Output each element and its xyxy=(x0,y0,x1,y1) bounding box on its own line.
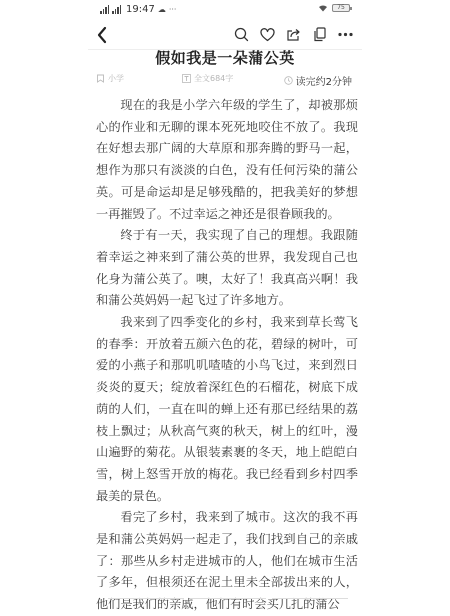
more-button[interactable] xyxy=(337,26,354,43)
wifi-icon xyxy=(318,4,328,12)
share-button[interactable] xyxy=(285,26,302,43)
status-time: 19:47 xyxy=(126,4,155,15)
meta-word-count: 全文684字 xyxy=(182,73,233,84)
search-icon xyxy=(234,27,249,42)
signal-icon xyxy=(100,5,109,14)
back-button[interactable] xyxy=(94,25,112,45)
word-count-label: 全文684字 xyxy=(194,73,233,84)
status-bar: 19:47 ☁ ··· 75 xyxy=(88,4,362,18)
signal-icon xyxy=(112,5,121,14)
category-label: 小学 xyxy=(108,73,124,84)
article-body: 现在的我是小学六年级的学生了，却被那烦心的作业和无聊的课本死死地咬住不放了。我现… xyxy=(96,95,358,600)
meta-category[interactable]: 小学 xyxy=(96,73,124,84)
search-button[interactable] xyxy=(233,26,250,43)
phone-screen: 19:47 ☁ ··· 75 xyxy=(88,0,362,600)
meta-read-time: 读完约2分钟 xyxy=(284,73,352,88)
read-time-label: 读完约2分钟 xyxy=(296,73,352,88)
more-icon xyxy=(338,32,353,37)
more-notifications-icon: ··· xyxy=(169,5,177,14)
nav-bar xyxy=(88,22,362,50)
chevron-left-icon xyxy=(94,25,112,45)
nav-actions xyxy=(233,26,354,43)
paragraph: 看完了乡村，我来到了城市。这次的我不再是和蒲公英妈妈一起走了，我们找到自己的亲戚… xyxy=(96,507,358,600)
article-meta: 小学 全文684字 读完约2分钟 xyxy=(88,73,362,87)
favorite-button[interactable] xyxy=(259,26,276,43)
bookmark-icon xyxy=(96,74,105,83)
paragraph: 终于有一天，我实现了自己的理想。我跟随着幸运之神来到了蒲公英的世界，我发现自己也… xyxy=(96,225,358,312)
clock-icon xyxy=(284,76,293,85)
status-right: 75 xyxy=(318,4,350,12)
article-title: 假如我是一朵蒲公英 xyxy=(88,47,362,68)
copy-icon xyxy=(313,27,327,42)
share-icon xyxy=(286,27,301,42)
cloud-icon: ☁ xyxy=(158,5,166,14)
battery-icon: 75 xyxy=(332,4,350,12)
paragraph: 我来到了四季变化的乡村，我来到草长莺飞的春季：开放着五颜六色的花，碧绿的树叶，可… xyxy=(96,312,358,507)
text-icon xyxy=(182,74,191,83)
paragraph: 现在的我是小学六年级的学生了，却被那烦心的作业和无聊的课本死死地咬住不放了。我现… xyxy=(96,95,358,225)
heart-icon xyxy=(260,28,275,42)
copy-button[interactable] xyxy=(311,26,328,43)
status-left: 19:47 ☁ ··· xyxy=(100,4,176,15)
